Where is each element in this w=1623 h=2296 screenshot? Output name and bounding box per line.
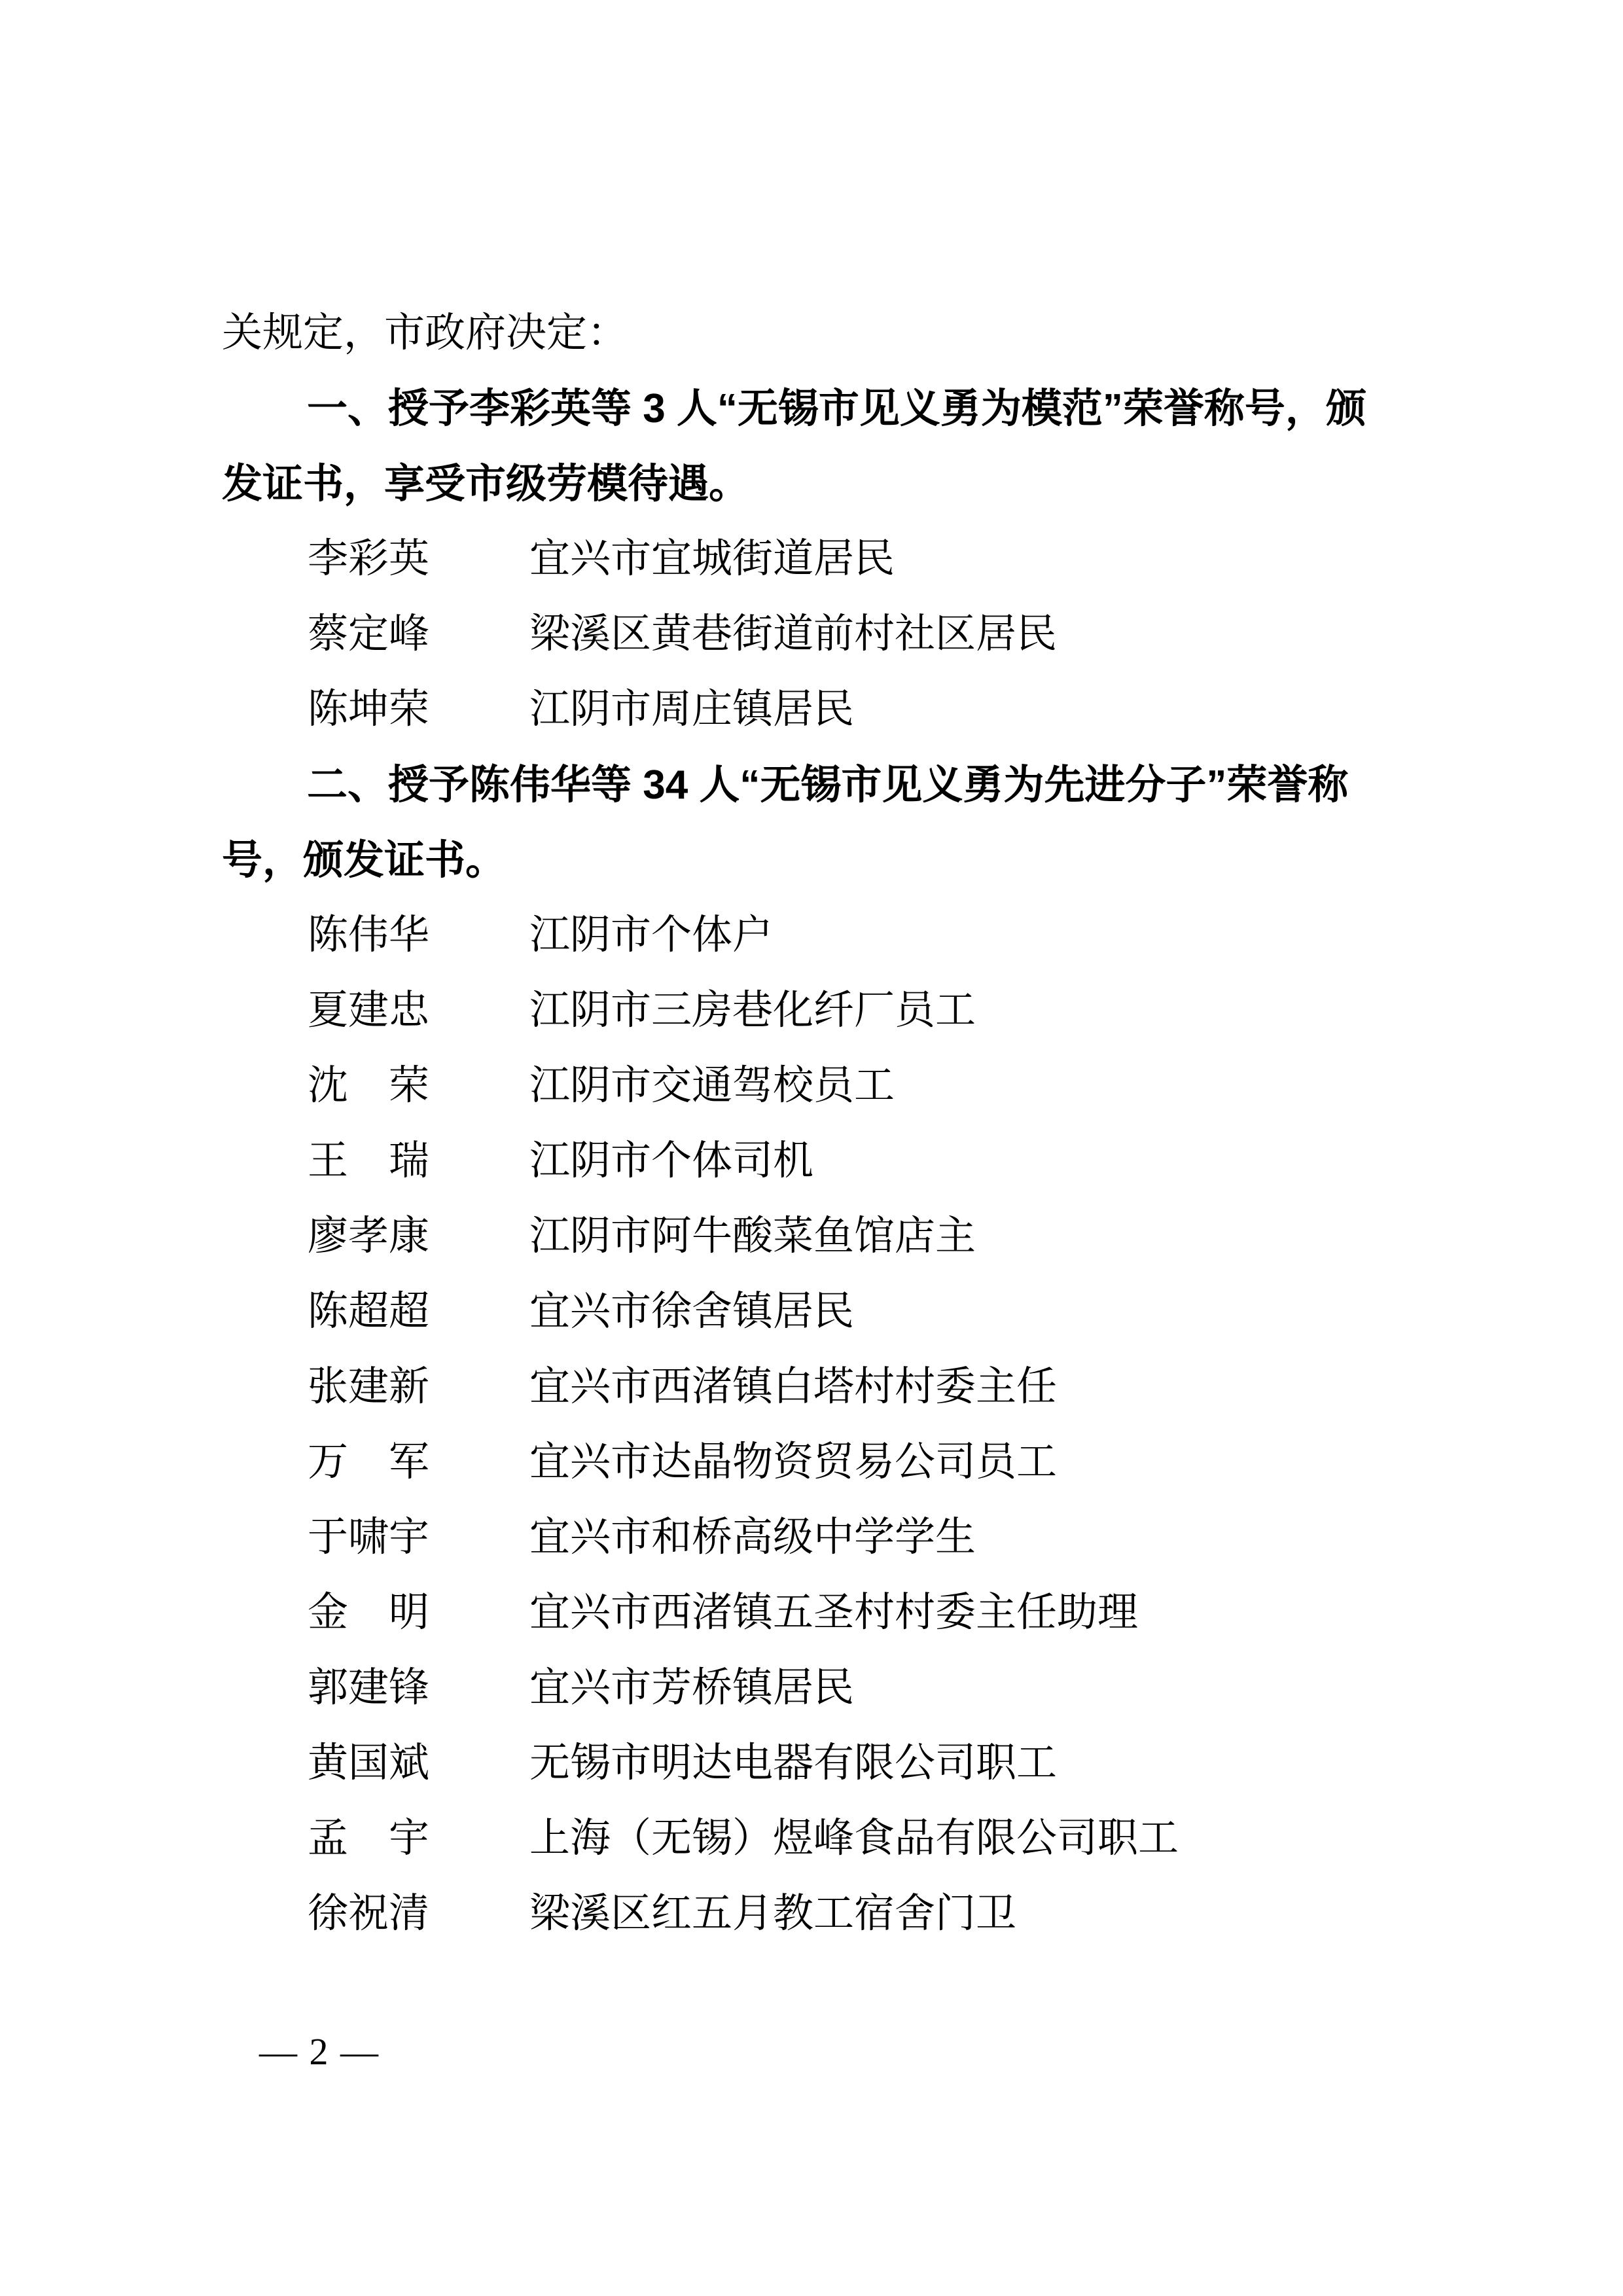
- list-item: 夏建忠江阴市三房巷化纤厂员工: [222, 973, 1439, 1049]
- section-1-heading-line-1: 一、授予李彩英等 3 人“无锡市见义勇为模范”荣誉称号，颁: [222, 371, 1439, 446]
- document-body: 关规定，市政府决定：一、授予李彩英等 3 人“无锡市见义勇为模范”荣誉称号，颁发…: [222, 296, 1439, 1952]
- section-1-heading-line-2: 发证书，享受市级劳模待遇。: [222, 446, 1439, 522]
- list-item: 万 军宜兴市达晶物资贸易公司员工: [222, 1425, 1439, 1500]
- list-item: 金 明宜兴市西渚镇五圣村村委主任助理: [222, 1575, 1439, 1651]
- person-name: 李彩英: [308, 522, 430, 597]
- person-name: 陈坤荣: [308, 672, 430, 747]
- person-affiliation: 宜兴市西渚镇五圣村村委主任助理: [529, 1575, 1138, 1651]
- person-name: 万 军: [308, 1425, 430, 1500]
- page-footer: — 2 —: [259, 2033, 380, 2071]
- person-name: 郭建锋: [308, 1651, 430, 1726]
- person-name: 沈 荣: [308, 1049, 430, 1124]
- page-number: — 2 —: [259, 2030, 380, 2073]
- list-item: 王 瑞江阴市个体司机: [222, 1124, 1439, 1199]
- list-item: 黄国斌无锡市明达电器有限公司职工: [222, 1726, 1439, 1801]
- person-affiliation: 宜兴市达晶物资贸易公司员工: [529, 1425, 1057, 1500]
- person-name: 王 瑞: [308, 1124, 430, 1199]
- person-name: 蔡定峰: [308, 597, 430, 672]
- list-item: 沈 荣江阴市交通驾校员工: [222, 1049, 1439, 1124]
- person-affiliation: 宜兴市宜城街道居民: [529, 522, 895, 597]
- list-item: 陈坤荣江阴市周庄镇居民: [222, 672, 1439, 747]
- section-2-heading-line-2: 号，颁发证书。: [222, 823, 1439, 898]
- person-name: 孟 宇: [308, 1801, 430, 1876]
- person-affiliation: 江阴市三房巷化纤厂员工: [529, 973, 976, 1049]
- person-affiliation: 宜兴市西渚镇白塔村村委主任: [529, 1350, 1057, 1425]
- person-affiliation: 江阴市个体户: [529, 898, 773, 973]
- list-item: 陈伟华江阴市个体户: [222, 898, 1439, 973]
- list-item: 徐祝清梁溪区红五月教工宿舍门卫: [222, 1876, 1439, 1952]
- person-affiliation: 江阴市交通驾校员工: [529, 1049, 895, 1124]
- person-affiliation: 上海（无锡）煜峰食品有限公司职工: [529, 1801, 1179, 1876]
- list-item: 孟 宇上海（无锡）煜峰食品有限公司职工: [222, 1801, 1439, 1876]
- person-name: 于啸宇: [308, 1500, 430, 1575]
- person-affiliation: 江阴市周庄镇居民: [529, 672, 854, 747]
- person-affiliation: 宜兴市徐舍镇居民: [529, 1274, 854, 1350]
- person-affiliation: 梁溪区红五月教工宿舍门卫: [529, 1876, 1016, 1952]
- person-name: 陈超超: [308, 1274, 430, 1350]
- person-name: 夏建忠: [308, 973, 430, 1049]
- person-affiliation: 无锡市明达电器有限公司职工: [529, 1726, 1057, 1801]
- list-item: 李彩英宜兴市宜城街道居民: [222, 522, 1439, 597]
- list-item: 廖孝康江阴市阿牛酸菜鱼馆店主: [222, 1199, 1439, 1274]
- document-page: 关规定，市政府决定：一、授予李彩英等 3 人“无锡市见义勇为模范”荣誉称号，颁发…: [0, 0, 1623, 2296]
- list-item: 郭建锋宜兴市芳桥镇居民: [222, 1651, 1439, 1726]
- person-affiliation: 宜兴市和桥高级中学学生: [529, 1500, 976, 1575]
- list-item: 张建新宜兴市西渚镇白塔村村委主任: [222, 1350, 1439, 1425]
- list-item: 陈超超宜兴市徐舍镇居民: [222, 1274, 1439, 1350]
- person-name: 廖孝康: [308, 1199, 430, 1274]
- person-affiliation: 宜兴市芳桥镇居民: [529, 1651, 854, 1726]
- person-name: 金 明: [308, 1575, 430, 1651]
- list-item: 蔡定峰梁溪区黄巷街道前村社区居民: [222, 597, 1439, 672]
- person-affiliation: 江阴市个体司机: [529, 1124, 813, 1199]
- person-affiliation: 梁溪区黄巷街道前村社区居民: [529, 597, 1057, 672]
- section-2-heading-line-1: 二、授予陈伟华等 34 人“无锡市见义勇为先进分子”荣誉称: [222, 747, 1439, 823]
- person-affiliation: 江阴市阿牛酸菜鱼馆店主: [529, 1199, 976, 1274]
- person-name: 陈伟华: [308, 898, 430, 973]
- person-name: 黄国斌: [308, 1726, 430, 1801]
- list-item: 于啸宇宜兴市和桥高级中学学生: [222, 1500, 1439, 1575]
- continuation-line: 关规定，市政府决定：: [222, 296, 1439, 371]
- person-name: 张建新: [308, 1350, 430, 1425]
- person-name: 徐祝清: [308, 1876, 430, 1952]
